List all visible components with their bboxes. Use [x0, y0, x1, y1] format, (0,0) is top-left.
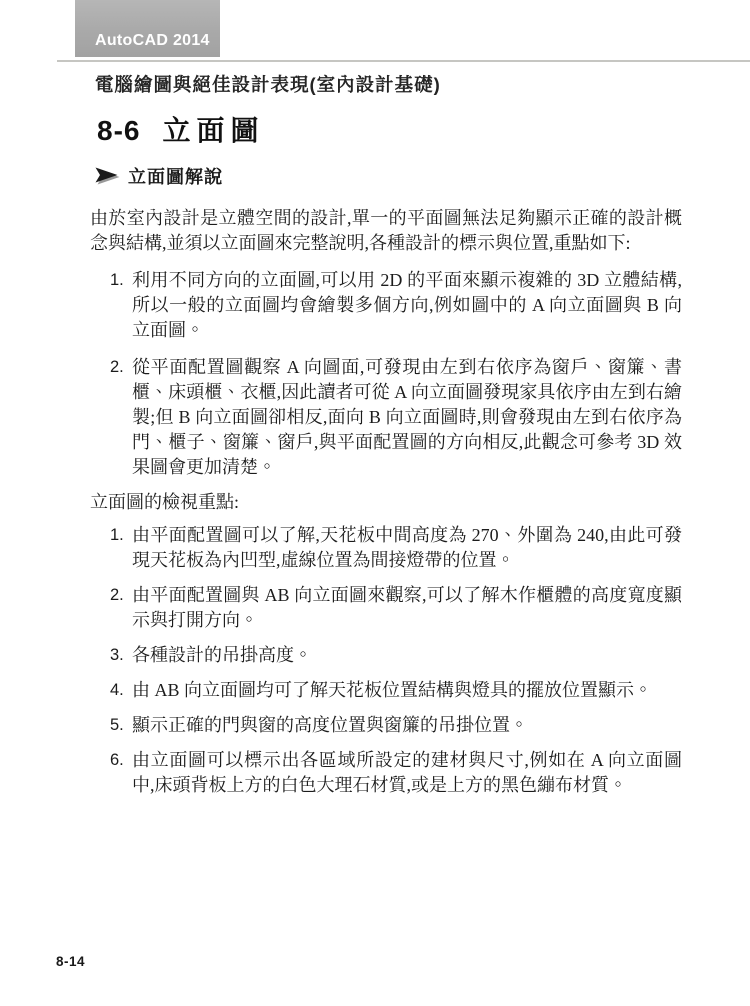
page-content: 由於室內設計是立體空間的設計,單一的平面圖無法足夠顯示正確的設計概念與結構,並須…	[90, 200, 682, 798]
page-number: 8-14	[56, 954, 85, 969]
list-item: 6. 由立面圖可以標示出各區域所設定的建材與尺寸,例如在 A 向立面圖中,床頭背…	[90, 748, 682, 798]
list-item: 3. 各種設計的吊掛高度。	[90, 643, 682, 668]
elevation-notes-list: 1. 利用不同方向的立面圖,可以用 2D 的平面來顯示複雜的 3D 立體結構,所…	[90, 268, 682, 480]
list-item: 1. 由平面配置圖可以了解,天花板中間高度為 270、外圍為 240,由此可發現…	[90, 523, 682, 573]
subsection-heading: 立面圖解說	[95, 163, 223, 189]
header-divider	[57, 60, 750, 62]
checkpoint-list: 1. 由平面配置圖可以了解,天花板中間高度為 270、外圍為 240,由此可發現…	[90, 523, 682, 798]
list-item: 2. 由平面配置圖與 AB 向立面圖來觀察,可以了解木作櫃體的高度寬度顯示與打開…	[90, 583, 682, 633]
list-item-number: 1.	[110, 268, 132, 343]
banner-label: AutoCAD 2014	[95, 32, 210, 50]
list-item-number: 4.	[110, 678, 132, 703]
list-item-text: 顯示正確的門與窗的高度位置與窗簾的吊掛位置。	[132, 713, 682, 738]
subsection-title: 立面圖解說	[128, 163, 223, 189]
list-item-text: 利用不同方向的立面圖,可以用 2D 的平面來顯示複雜的 3D 立體結構,所以一般…	[132, 268, 682, 343]
list-item-number: 1.	[110, 523, 132, 573]
book-series-banner: AutoCAD 2014	[75, 0, 220, 57]
list-item-text: 各種設計的吊掛高度。	[132, 643, 682, 668]
list-item: 5. 顯示正確的門與窗的高度位置與窗簾的吊掛位置。	[90, 713, 682, 738]
list-item-number: 2.	[110, 583, 132, 633]
list-item-number: 6.	[110, 748, 132, 798]
book-subtitle: 電腦繪圖與絕佳設計表現(室內設計基礎)	[95, 71, 441, 97]
list-item: 2. 從平面配置圖觀察 A 向圖面,可發現由左到右依序為窗戶、窗簾、書櫃、床頭櫃…	[90, 355, 682, 480]
list-item-text: 由 AB 向立面圖均可了解天花板位置結構與燈具的擺放位置顯示。	[132, 678, 682, 703]
list-item-text: 由立面圖可以標示出各區域所設定的建材與尺寸,例如在 A 向立面圖中,床頭背板上方…	[132, 748, 682, 798]
list-item: 1. 利用不同方向的立面圖,可以用 2D 的平面來顯示複雜的 3D 立體結構,所…	[90, 268, 682, 343]
intro-paragraph: 由於室內設計是立體空間的設計,單一的平面圖無法足夠顯示正確的設計概念與結構,並須…	[90, 206, 682, 256]
list-item-number: 3.	[110, 643, 132, 668]
section-title: 立面圖	[162, 115, 264, 146]
section-number: 8-6	[97, 115, 140, 146]
list-item-number: 5.	[110, 713, 132, 738]
checkpoints-title: 立面圖的檢視重點:	[90, 490, 682, 515]
arrow-right-icon	[95, 166, 121, 186]
list-item-text: 從平面配置圖觀察 A 向圖面,可發現由左到右依序為窗戶、窗簾、書櫃、床頭櫃、衣櫃…	[132, 355, 682, 480]
list-item-text: 由平面配置圖可以了解,天花板中間高度為 270、外圍為 240,由此可發現天花板…	[132, 523, 682, 573]
list-item-number: 2.	[110, 355, 132, 480]
section-heading: 8-6立面圖	[97, 114, 264, 148]
list-item: 4. 由 AB 向立面圖均可了解天花板位置結構與燈具的擺放位置顯示。	[90, 678, 682, 703]
list-item-text: 由平面配置圖與 AB 向立面圖來觀察,可以了解木作櫃體的高度寬度顯示與打開方向。	[132, 583, 682, 633]
